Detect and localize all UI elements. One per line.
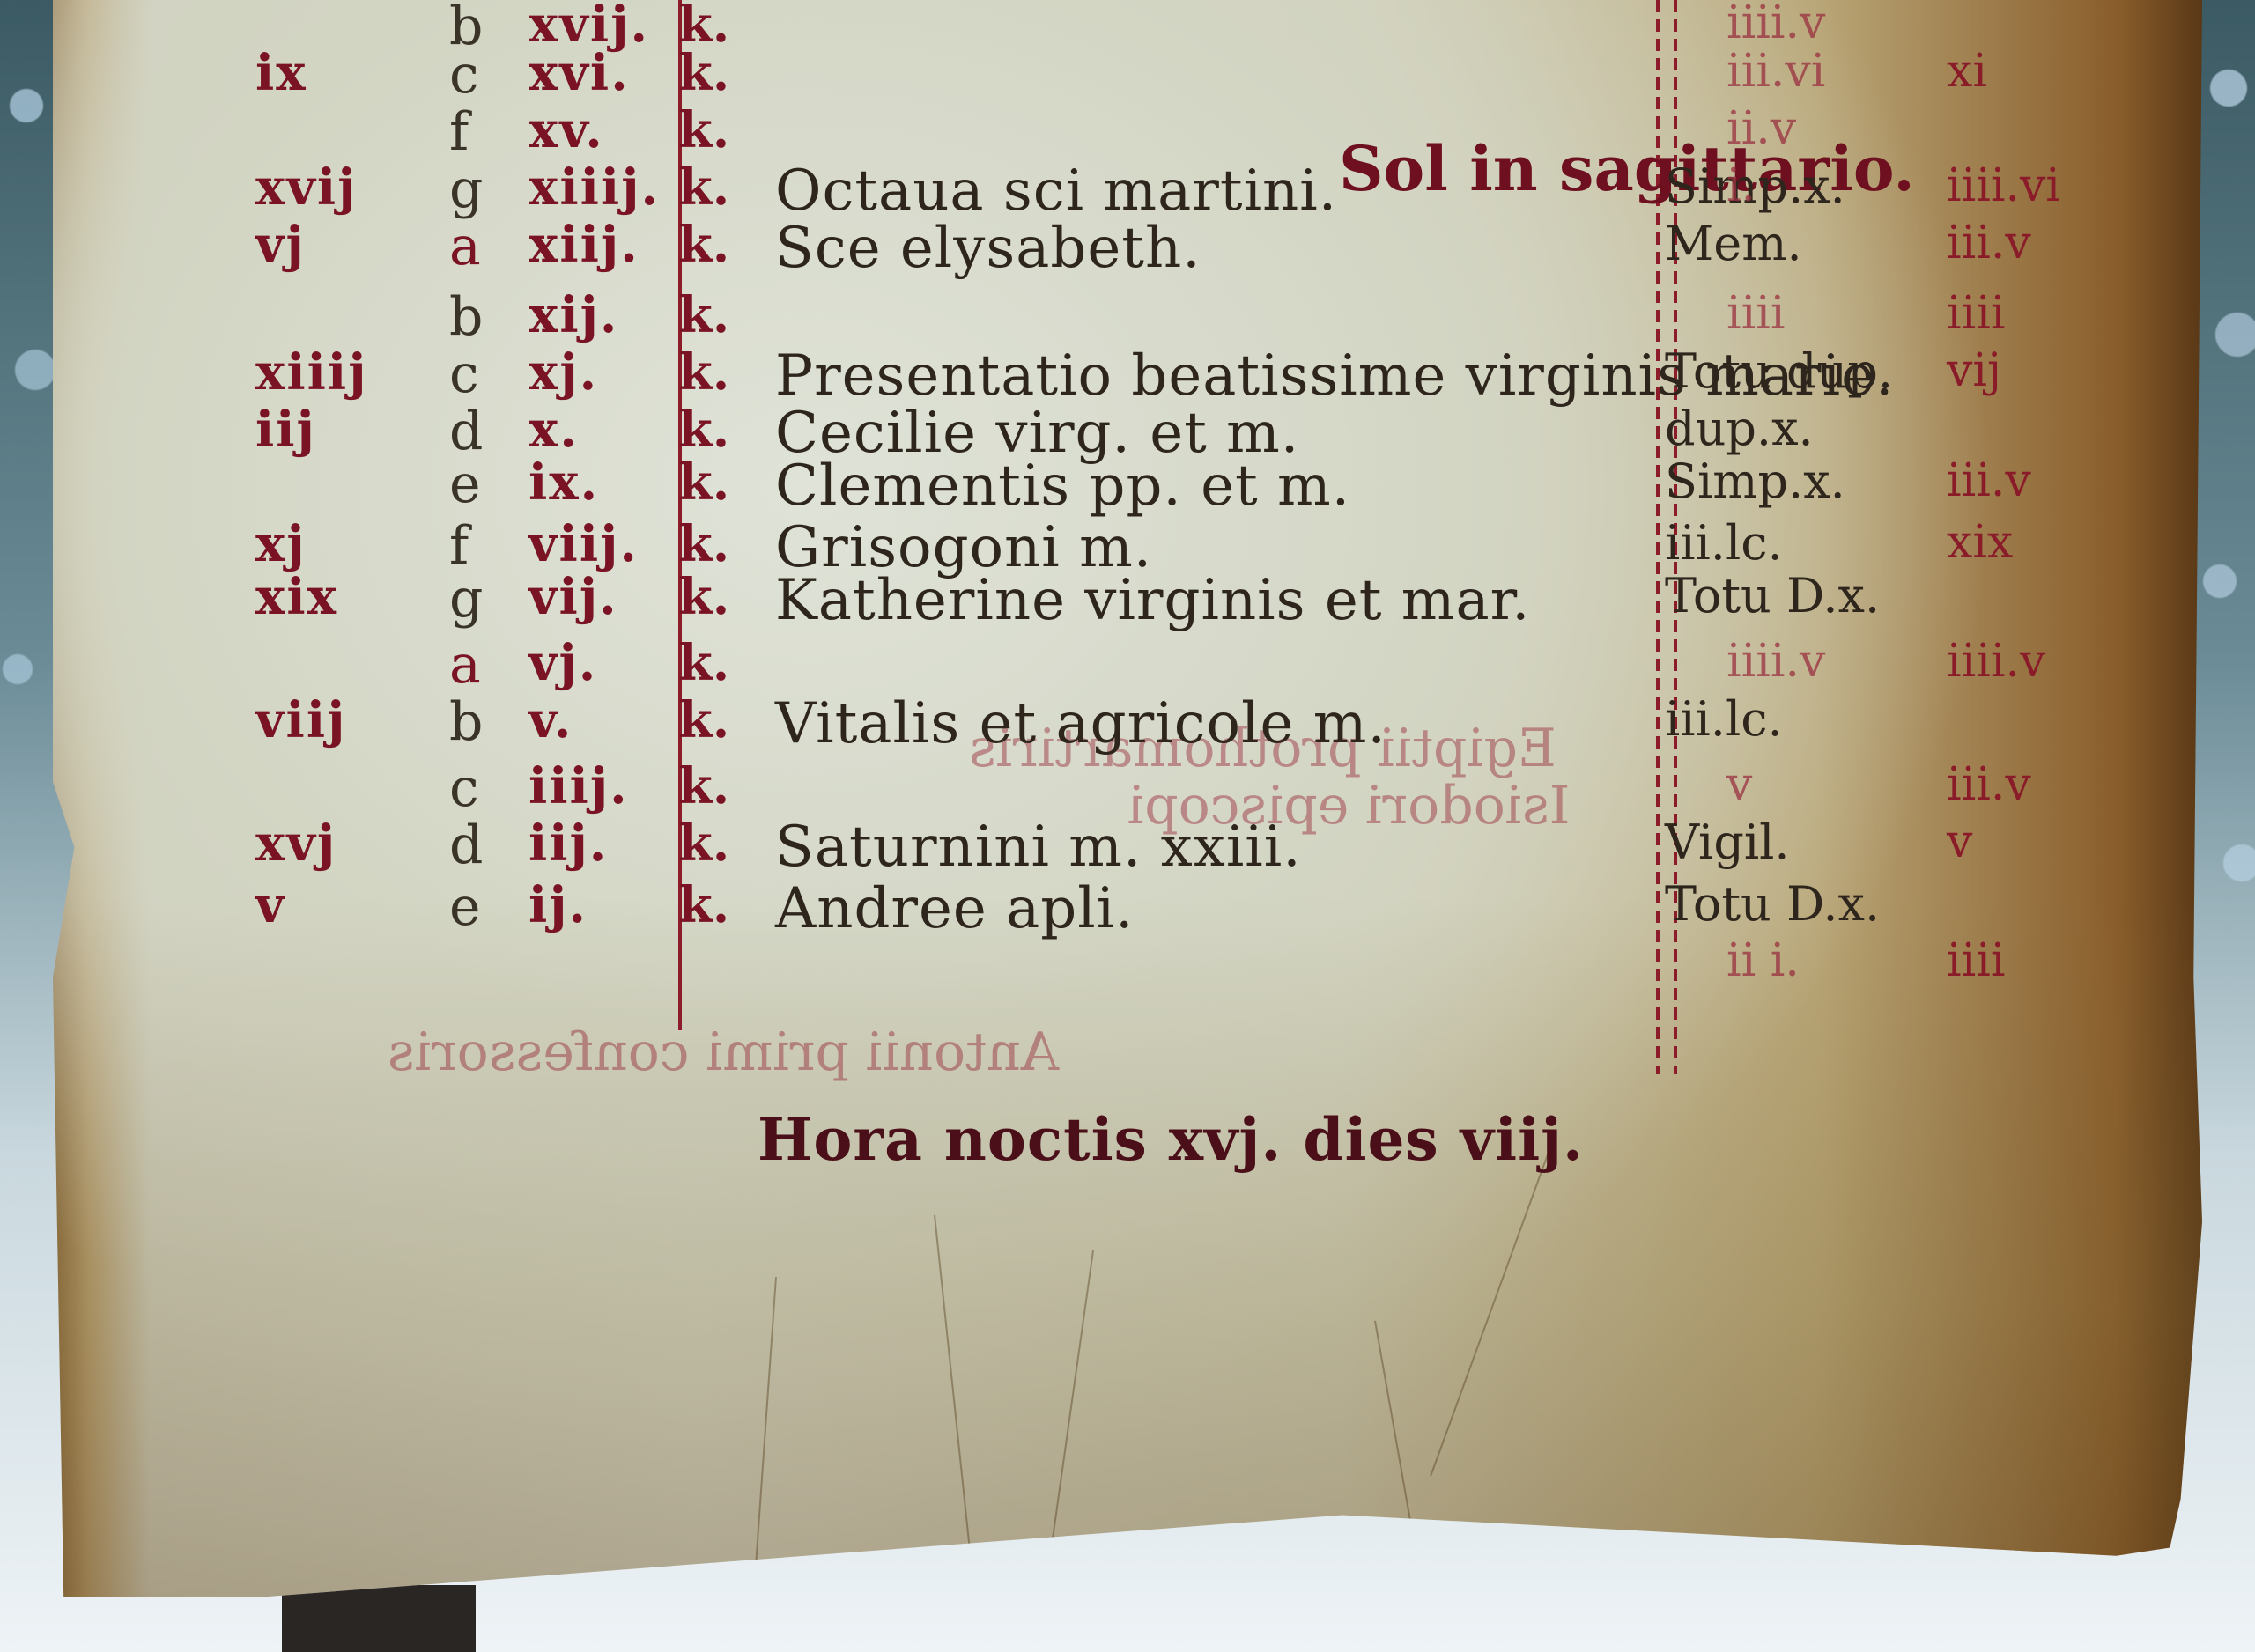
letter-cell: d <box>449 819 483 872</box>
kal-cell: k. <box>678 572 729 622</box>
calendar-row: bxij.k.iiiiiiii <box>0 291 2255 343</box>
roman-cell: xij. <box>529 291 618 340</box>
kal-cell: k. <box>678 405 729 454</box>
golden-cell: viij <box>255 696 346 745</box>
roman-cell: ij. <box>529 881 588 930</box>
calendar-row: veij.k.Andree apli.Totu D.x. <box>0 881 2255 933</box>
letter-cell: e <box>449 881 481 933</box>
golden-cell: xiiij <box>255 348 367 397</box>
rank-cell: Totu D.x. <box>1665 572 1880 620</box>
col-a-cell: i. <box>1726 163 1756 209</box>
col-a-cell: ii.v <box>1726 106 1796 151</box>
kal-cell: k. <box>678 638 729 688</box>
crack <box>754 1277 777 1584</box>
col-b-cell: xi <box>1947 48 1987 94</box>
hours-footer: Hora noctis xvj. dies viij. <box>758 1105 1584 1174</box>
col-b-cell: iiii <box>1947 938 2006 984</box>
calendar-row: ixcxvi.k.iii.vixi <box>0 48 2255 101</box>
col-b-cell: vij <box>1947 348 2001 394</box>
roman-cell: vij. <box>529 572 618 622</box>
roman-cell: v. <box>529 696 573 745</box>
col-a-cell: iiii.v <box>1726 638 1825 684</box>
display-stand <box>282 1585 476 1652</box>
col-b-cell: iiii <box>1947 291 2006 336</box>
col-b-cell: iiii.vi <box>1947 163 2060 209</box>
letter-cell: a <box>449 638 481 691</box>
calendar-row: xvijgxiiij.k.Octaua sci martini.Simp.x.i… <box>0 163 2255 216</box>
calendar-row: xvjdiij.k.Saturnini m. xxiii.Vigil.v <box>0 819 2255 872</box>
crack <box>1430 1145 1552 1477</box>
kal-cell: k. <box>678 520 729 569</box>
letter-cell: b <box>449 291 483 343</box>
calendar-row: iijdx.k.Cecilie virg. et m.dup.x. <box>0 405 2255 458</box>
calendar-row: ciiij.k.viii.v <box>0 762 2255 815</box>
col-b-cell: iii.v <box>1947 220 2031 266</box>
letter-cell: f <box>449 106 469 159</box>
calendar-row: avj.k.iiii.viiii.v <box>0 638 2255 691</box>
col-a-cell: iiii <box>1726 291 1786 336</box>
saint-cell: Katherine virginis et mar. <box>775 572 1531 629</box>
rank-cell: iii.lc. <box>1665 696 1783 743</box>
saint-cell: Sce elysabeth. <box>775 220 1201 277</box>
letter-cell: a <box>449 220 481 273</box>
calendar-row: xjfviij.k.Grisogoni m.iii.lc.xix <box>0 520 2255 572</box>
saint-cell: Saturnini m. xxiii. <box>775 819 1302 875</box>
rank-cell: Totu dup. <box>1665 348 1893 395</box>
letter-cell: d <box>449 405 483 458</box>
rank-cell: Vigil. <box>1665 819 1790 867</box>
kal-cell: k. <box>678 106 729 155</box>
letter-cell: c <box>449 762 479 815</box>
col-b-cell: iiii.v <box>1947 638 2045 684</box>
roman-cell: vj. <box>529 638 597 688</box>
kal-cell: k. <box>678 696 729 745</box>
kal-cell: k. <box>678 458 729 507</box>
roman-cell: iij. <box>529 819 608 868</box>
kal-cell: k. <box>678 348 729 397</box>
col-b-cell: iii.v <box>1947 762 2031 808</box>
letter-cell: c <box>449 48 479 101</box>
kal-cell: k. <box>678 291 729 340</box>
golden-cell: iij <box>255 405 316 454</box>
roman-cell: xiiij. <box>529 163 660 212</box>
kal-cell: k. <box>678 163 729 212</box>
golden-cell: ix <box>255 48 307 98</box>
kal-cell: k. <box>678 220 729 269</box>
roman-cell: x. <box>529 405 579 454</box>
golden-cell: xvij <box>255 163 357 212</box>
col-a-cell: ii i. <box>1726 938 1800 984</box>
letter-cell: g <box>449 163 483 216</box>
col-a-cell: iii.vi <box>1726 48 1825 94</box>
roman-cell: xiij. <box>529 220 640 269</box>
golden-cell: v <box>255 881 286 930</box>
letter-cell: f <box>449 520 469 572</box>
kal-cell: k. <box>678 881 729 930</box>
kal-cell: k. <box>678 0 729 49</box>
letter-cell: e <box>449 458 481 511</box>
saint-cell: Vitalis et agricole m. <box>775 696 1386 752</box>
golden-cell: vj <box>255 220 306 269</box>
calendar-row: eix.k.Clementis pp. et m.Simp.x.iii.v <box>0 458 2255 511</box>
roman-cell: iiij. <box>529 762 629 811</box>
saint-cell: Andree apli. <box>775 881 1135 937</box>
letter-cell: c <box>449 348 479 401</box>
kal-cell: k. <box>678 48 729 98</box>
letter-cell: g <box>449 572 483 625</box>
saint-cell: Clementis pp. et m. <box>775 458 1350 514</box>
rank-cell: Simp.x. <box>1665 458 1845 505</box>
rank-cell: Mem. <box>1665 220 1802 268</box>
col-a-cell: iiii.v <box>1726 0 1825 46</box>
calendar-row: fxv.k.ii.v <box>0 106 2255 159</box>
rank-cell: dup.x. <box>1665 405 1814 453</box>
rank-cell: iii.lc. <box>1665 520 1783 567</box>
letter-cell: b <box>449 696 483 749</box>
roman-cell: ix. <box>529 458 599 507</box>
saint-cell: Octaua sci martini. <box>775 163 1337 219</box>
calendar-row: viijbv.k.Vitalis et agricole m.iii.lc. <box>0 696 2255 749</box>
roman-cell: xvi. <box>529 48 630 98</box>
roman-cell: xv. <box>529 106 604 155</box>
calendar-row: xixgvij.k.Katherine virginis et mar.Totu… <box>0 572 2255 625</box>
golden-cell: xj <box>255 520 307 569</box>
roman-cell: xj. <box>529 348 598 397</box>
calendar-row: xiiijcxj.k.Presentatio beatissime virgin… <box>0 348 2255 401</box>
golden-cell: xix <box>255 572 338 622</box>
col-b-cell: iii.v <box>1947 458 2031 504</box>
kal-cell: k. <box>678 762 729 811</box>
roman-cell: xvij. <box>529 0 649 49</box>
col-b-cell: xix <box>1947 520 2013 565</box>
bleed-through-text: Antonii primi confessoris <box>388 1021 1059 1083</box>
calendar-row: bxvij.k.iiii.v <box>0 0 2255 53</box>
kal-cell: k. <box>678 819 729 868</box>
roman-cell: viij. <box>529 520 639 569</box>
golden-cell: xvj <box>255 819 336 868</box>
calendar-row: vjaxiij.k.Sce elysabeth.Mem.iii.v <box>0 220 2255 273</box>
rank-cell: Totu D.x. <box>1665 881 1880 928</box>
col-a-cell: v <box>1726 762 1752 808</box>
calendar-row: ii i.iiii <box>0 938 2255 991</box>
col-b-cell: v <box>1947 819 1972 865</box>
